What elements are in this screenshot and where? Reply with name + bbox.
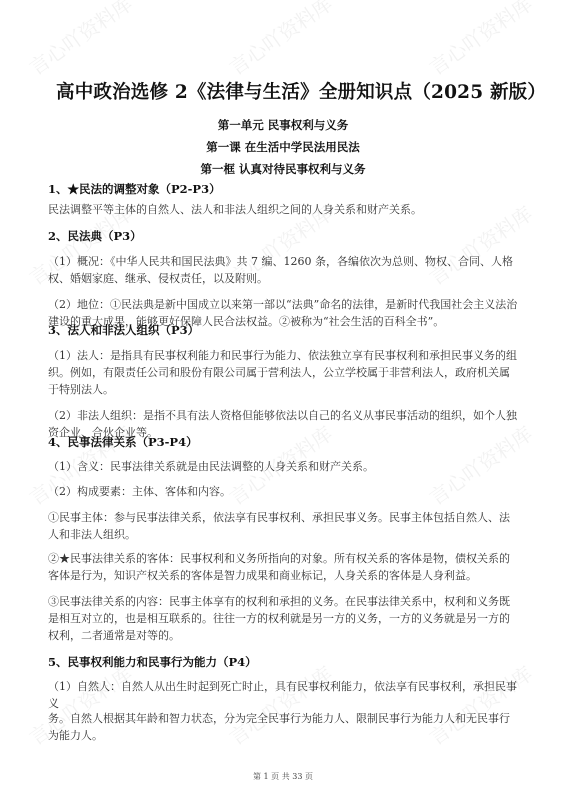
paragraph: ③民事法律关系的内容：民事主体享有的权利和承担的义务。在民事法律关系中，权利和义… <box>48 593 518 644</box>
watermark: 言心吖资料库 <box>423 0 538 81</box>
paragraph: 民法调整平等主体的自然人、法人和非法人组织之间的人身关系和财产关系。 <box>48 201 518 218</box>
section-heading: 2、民法典（P3） <box>48 228 142 244</box>
section-heading: 4、民事法律关系（P3-P4） <box>48 434 198 450</box>
paragraph: ②★民事法律关系的客体：民事权利和义务所指向的对象。所有权关系的客体是物，债权关… <box>48 550 518 584</box>
paragraph: ①民事主体：参与民事法律关系，依法享有民事权利、承担民事义务。民事主体包括自然人… <box>48 509 518 543</box>
section-heading: 5、民事权利能力和民事行为能力（P4） <box>48 654 257 670</box>
frame-heading: 第一框 认真对待民事权利与义务 <box>48 161 518 177</box>
paragraph: 务。自然人根据其年龄和智力状态，分为完全民事行为能力人、限制民事行为能力人和无民… <box>48 710 518 744</box>
lesson-heading: 第一课 在生活中学民法用民法 <box>48 139 518 155</box>
paragraph: （1）自然人：自然人从出生时起到死亡时止，具有民事权利能力，依法享有民事权利，承… <box>48 678 518 712</box>
paragraph: （1）概况：《中华人民共和国民法典》共 7 编、1260 条，各编依次为总则、物… <box>48 253 518 287</box>
unit-heading: 第一单元 民事权利与义务 <box>48 117 518 133</box>
document-title: 高中政治选修 2《法律与生活》全册知识点（2025 新版） <box>56 78 526 104</box>
section-heading: 1、★民法的调整对象（P2-P3） <box>48 181 221 197</box>
watermark: 言心吖资料库 <box>223 0 338 81</box>
paragraph: （2）构成要素：主体、客体和内容。 <box>48 483 518 500</box>
section-heading: 3、法人和非法人组织（P3） <box>48 322 199 338</box>
paragraph: （1）含义：民事法律关系就是由民法调整的人身关系和财产关系。 <box>48 458 518 475</box>
paragraph: （1）法人：是指具有民事权利能力和民事行为能力、依法独立享有民事权利和承担民事义… <box>48 347 518 398</box>
page-footer: 第 1 页 共 33 页 <box>0 771 566 782</box>
watermark: 言心吖资料库 <box>23 0 138 81</box>
